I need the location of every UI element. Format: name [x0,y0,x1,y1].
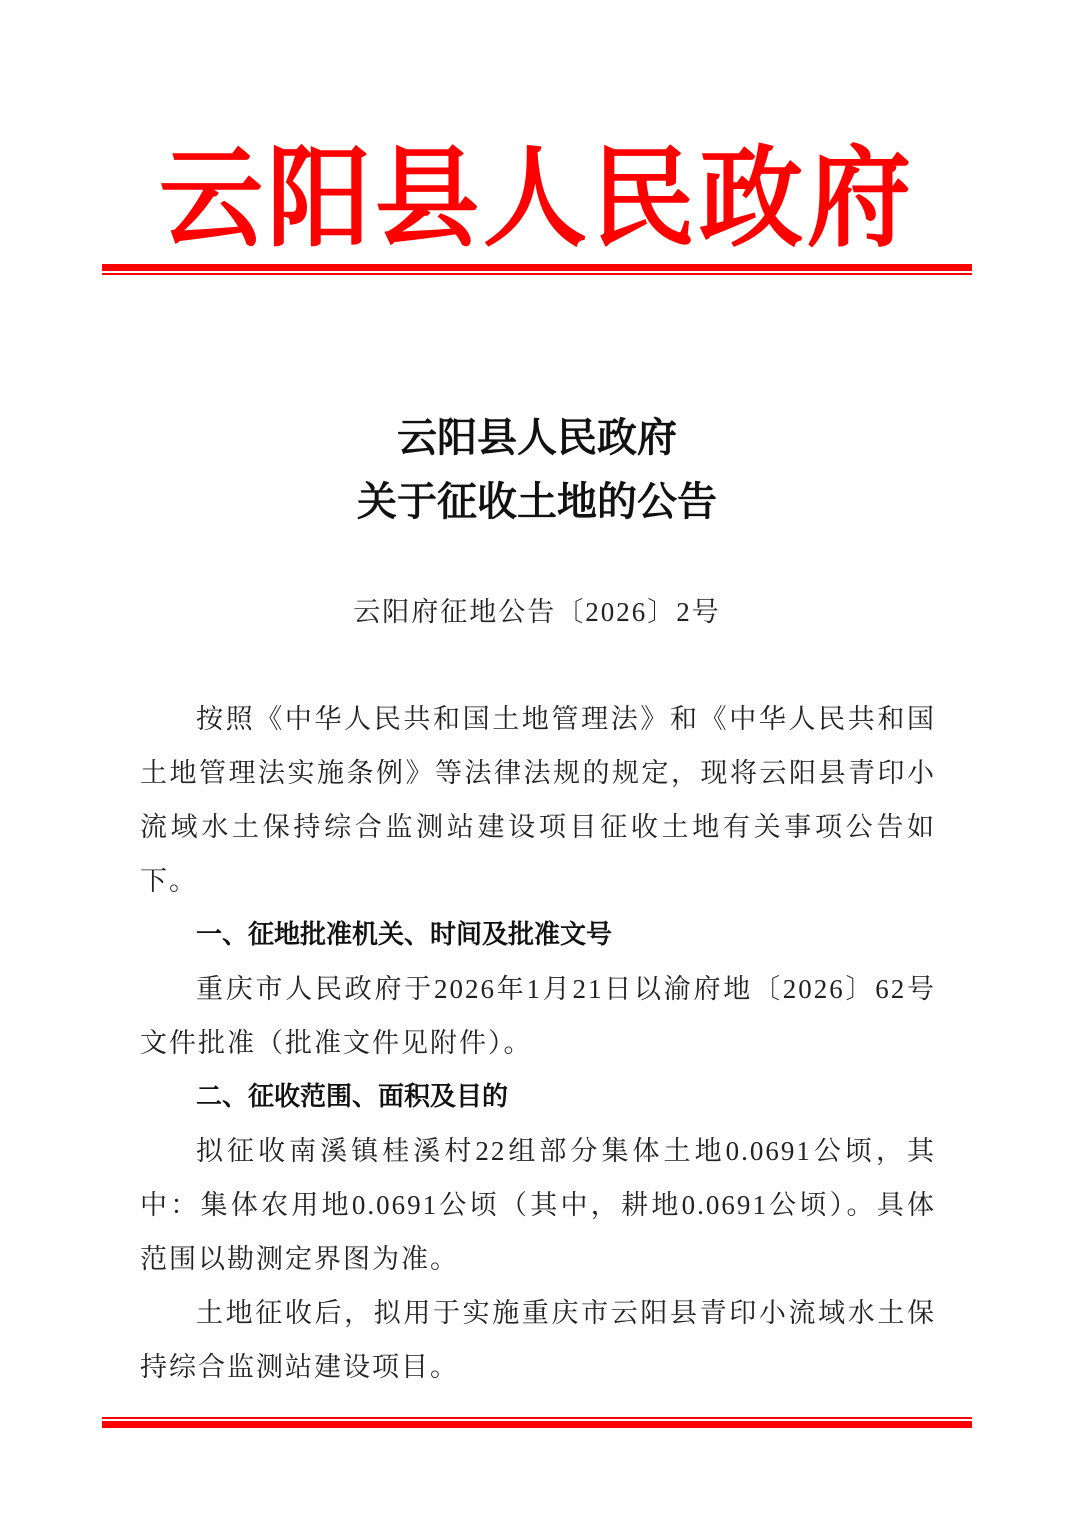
masthead-title: 云阳县人民政府 [102,137,972,258]
footer-rule-thick [102,1421,972,1428]
document-title-line2: 关于征收土地的公告 [0,470,1074,534]
document-title-line1: 云阳县人民政府 [0,406,1074,470]
document-number: 云阳府征地公告〔2026〕2号 [0,590,1074,634]
section1-paragraph: 重庆市人民政府于2026年1月21日以渝府地〔2026〕62号文件批准（批准文件… [140,962,936,1070]
footer-rule-thin [102,1417,972,1419]
section2-heading: 二、征收范围、面积及目的 [140,1070,936,1124]
section2-paragraph-1: 拟征收南溪镇桂溪村22组部分集体土地0.0691公顷，其中：集体农用地0.069… [140,1124,936,1286]
masthead-rule-thick [102,264,972,271]
masthead-rule-thin [102,273,972,275]
intro-paragraph: 按照《中华人民共和国土地管理法》和《中华人民共和国土地管理法实施条例》等法律法规… [140,692,936,908]
document-body: 按照《中华人民共和国土地管理法》和《中华人民共和国土地管理法实施条例》等法律法规… [140,692,936,1394]
section1-heading: 一、征地批准机关、时间及批准文号 [140,908,936,962]
section2-paragraph-2: 土地征收后，拟用于实施重庆市云阳县青印小流域水土保持综合监测站建设项目。 [140,1286,936,1394]
